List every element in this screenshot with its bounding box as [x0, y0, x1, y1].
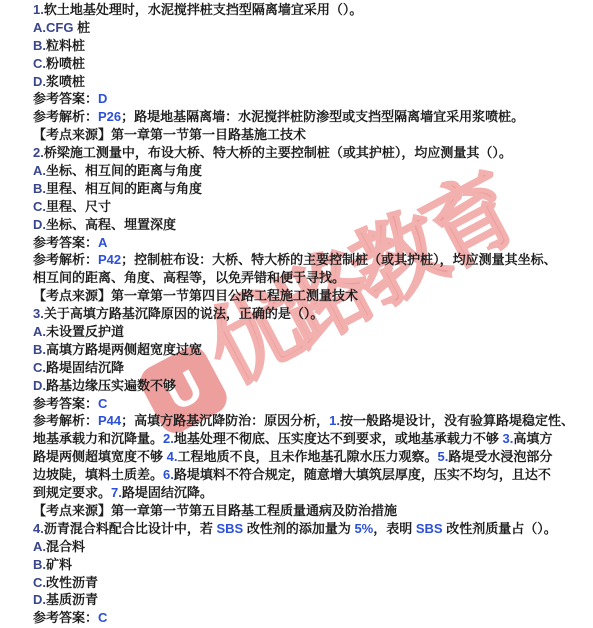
text-segment: 3.: [502, 431, 513, 446]
text-segment: 里程、尺寸: [46, 199, 111, 214]
text-segment: 关于高填方路基沉降原因的说法，正确的是（）。: [44, 306, 324, 321]
text-line: 2.桥梁施工测量中，布设大桥、特大桥的主要控制桩（或其护桩），均应测量其（）。: [33, 144, 593, 162]
text-segment: A.CFG: [33, 20, 77, 35]
text-line: 3.关于高填方路基沉降原因的说法，正确的是（）。: [33, 305, 593, 323]
text-segment: ，表明: [373, 521, 416, 536]
text-segment: ；高填方路基沉降防治：原因分析，: [121, 413, 329, 428]
text-segment: 到规定要求。: [33, 485, 111, 500]
text-segment: 6.: [163, 467, 174, 482]
text-segment: 路基边缘压实遍数不够: [46, 378, 176, 393]
text-line: 【考点来源】第一章第一节第一目路基施工技术: [33, 126, 593, 144]
text-line: 【考点来源】第一章第一节第五目路基工程质量通病及防治措施: [33, 502, 593, 520]
text-segment: C.: [33, 56, 46, 71]
text-line: 相互间的距离、角度、高程等，以免弄错和便于寻找。: [33, 269, 593, 287]
text-line: 边坡陡，填料土质差。6.路堤填料不符合规定，随意增大填筑层厚度，压实不均匀，且达…: [33, 466, 593, 484]
text-segment: A: [98, 235, 107, 250]
text-line: A.混合料: [33, 538, 593, 556]
text-segment: C.: [33, 199, 46, 214]
text-segment: 相互间的距离、角度、高程等，以免弄错和便于寻找。: [33, 270, 345, 285]
text-segment: 工程地质不良，且未作地基孔隙水压力观察。: [177, 449, 437, 464]
text-segment: 5%: [354, 521, 373, 536]
text-segment: 坐标、高程、埋置深度: [46, 217, 176, 232]
text-segment: 改性沥青: [46, 575, 98, 590]
text-segment: 坐标、相互间的距离与角度: [46, 163, 202, 178]
text-segment: P26: [98, 109, 121, 124]
text-line: C.粉喷桩: [33, 55, 593, 73]
text-line: D.路基边缘压实遍数不够: [33, 377, 593, 395]
text-segment: 4.: [167, 449, 178, 464]
text-line: D.浆喷桩: [33, 73, 593, 91]
text-segment: B.: [33, 181, 46, 196]
text-segment: D: [98, 91, 107, 106]
text-segment: 粉喷桩: [46, 56, 85, 71]
text-segment: C.: [33, 360, 46, 375]
text-segment: 参考解析：: [33, 252, 98, 267]
text-segment: P42: [98, 252, 121, 267]
text-segment: 路堤固结沉降: [46, 360, 124, 375]
text-line: 到规定要求。7.路堤固结沉降。: [33, 484, 593, 502]
text-segment: 地基处理不彻底、压实度达不到要求，或地基承载力不够: [174, 431, 503, 446]
text-segment: D.: [33, 592, 46, 607]
text-line: 参考答案：D: [33, 90, 593, 108]
text-segment: SBS: [216, 521, 243, 536]
text-segment: 桩: [77, 20, 90, 35]
text-segment: ；控制桩布设：大桥、特大桥的主要控制桩（或其护桩），均应测量其坐标、: [121, 252, 557, 267]
text-line: B.粒料桩: [33, 37, 593, 55]
text-segment: 地基承载力和沉降量。: [33, 431, 163, 446]
document-body: 1.软土地基处理时，水泥搅拌桩支挡型隔离墙宜采用（）。A.CFG 桩B.粒料桩C…: [33, 1, 593, 627]
text-line: 参考解析：P44；高填方路基沉降防治：原因分析，1.按一般路堤设计，没有验算路堤…: [33, 412, 593, 430]
text-segment: 参考解析：: [33, 413, 98, 428]
text-segment: 改性剂质量占（）。: [443, 521, 557, 536]
text-line: D.基质沥青: [33, 591, 593, 609]
text-line: C.改性沥青: [33, 574, 593, 592]
text-segment: 混合料: [46, 539, 85, 554]
text-segment: 参考答案：: [33, 610, 98, 625]
text-segment: 边坡陡，填料土质差。: [33, 467, 163, 482]
text-segment: 参考答案：: [33, 396, 98, 411]
text-segment: 3.: [33, 306, 44, 321]
text-segment: B.: [33, 557, 46, 572]
text-segment: 【考点来源】第一章第一节第一目路基施工技术: [33, 127, 306, 142]
text-line: D.坐标、高程、埋置深度: [33, 216, 593, 234]
text-line: 参考解析：P26；路堤地基隔离墙：水泥搅拌桩防渗型或支挡型隔离墙宜采用浆喷桩。: [33, 108, 593, 126]
text-segment: 2.: [163, 431, 174, 446]
text-line: 参考答案：C: [33, 609, 593, 627]
text-segment: 高填方路堤两侧超宽度过宽: [46, 342, 202, 357]
text-segment: 按一般路堤设计，没有验算路堤稳定性、: [340, 413, 574, 428]
text-segment: 路堤受水浸泡部分: [448, 449, 552, 464]
text-segment: 粒料桩: [46, 38, 85, 53]
text-line: B.里程、相互间的距离与角度: [33, 180, 593, 198]
text-segment: D.: [33, 217, 46, 232]
text-segment: 参考解析：: [33, 109, 98, 124]
text-segment: 沥青混合料配合比设计中，若: [44, 521, 217, 536]
text-segment: 矿料: [46, 557, 72, 572]
text-segment: C: [98, 610, 107, 625]
text-line: 参考答案：C: [33, 395, 593, 413]
text-segment: 路堤两侧超填宽度不够: [33, 449, 167, 464]
text-line: A.未设置反护道: [33, 323, 593, 341]
text-segment: 参考答案：: [33, 235, 98, 250]
text-segment: 【考点来源】第一章第一节第五目路基工程质量通病及防治措施: [33, 503, 397, 518]
text-segment: 改性剂的添加量为: [243, 521, 354, 536]
text-segment: 软土地基处理时，水泥搅拌桩支挡型隔离墙宜采用（）。: [44, 2, 363, 17]
text-line: A.坐标、相互间的距离与角度: [33, 162, 593, 180]
text-line: B.矿料: [33, 556, 593, 574]
text-segment: B.: [33, 38, 46, 53]
text-line: 路堤两侧超填宽度不够 4.工程地质不良，且未作地基孔隙水压力观察。5.路堤受水浸…: [33, 448, 593, 466]
text-line: 参考答案：A: [33, 234, 593, 252]
text-line: C.里程、尺寸: [33, 198, 593, 216]
text-segment: 未设置反护道: [46, 324, 124, 339]
text-line: B.高填方路堤两侧超宽度过宽: [33, 341, 593, 359]
text-line: 【考点来源】第一章第一节第四目公路工程施工测量技术: [33, 287, 593, 305]
text-segment: C.: [33, 575, 46, 590]
text-segment: 5.: [437, 449, 448, 464]
text-segment: D.: [33, 74, 46, 89]
text-segment: 1.: [33, 2, 44, 17]
text-segment: ；路堤地基隔离墙：水泥搅拌桩防渗型或支挡型隔离墙宜采用浆喷桩。: [121, 109, 524, 124]
text-segment: B.: [33, 342, 46, 357]
text-segment: A.: [33, 163, 46, 178]
text-segment: 参考答案：: [33, 91, 98, 106]
text-segment: 1.: [329, 413, 340, 428]
text-segment: D.: [33, 378, 46, 393]
text-segment: P44: [98, 413, 121, 428]
text-segment: 基质沥青: [46, 592, 98, 607]
text-line: 参考解析：P42；控制桩布设：大桥、特大桥的主要控制桩（或其护桩），均应测量其坐…: [33, 251, 593, 269]
text-segment: A.: [33, 539, 46, 554]
text-line: 4.沥青混合料配合比设计中，若 SBS 改性剂的添加量为 5%，表明 SBS 改…: [33, 520, 593, 538]
text-segment: A.: [33, 324, 46, 339]
text-segment: 7.: [111, 485, 122, 500]
text-segment: 路堤固结沉降。: [122, 485, 213, 500]
text-segment: 浆喷桩: [46, 74, 85, 89]
text-segment: 里程、相互间的距离与角度: [46, 181, 202, 196]
text-segment: 路堤填料不符合规定，随意增大填筑层厚度，压实不均匀，且达不: [174, 467, 551, 482]
text-line: C.路堤固结沉降: [33, 359, 593, 377]
text-segment: 2.: [33, 145, 44, 160]
text-segment: 桥梁施工测量中，布设大桥、特大桥的主要控制桩（或其护桩），均应测量其（）。: [44, 145, 512, 160]
text-segment: SBS: [416, 521, 443, 536]
text-segment: 【考点来源】第一章第一节第四目公路工程施工测量技术: [33, 288, 358, 303]
text-segment: 高填方: [513, 431, 552, 446]
text-line: A.CFG 桩: [33, 19, 593, 37]
text-line: 地基承载力和沉降量。2.地基处理不彻底、压实度达不到要求，或地基承载力不够 3.…: [33, 430, 593, 448]
text-segment: 4.: [33, 521, 44, 536]
text-line: 1.软土地基处理时，水泥搅拌桩支挡型隔离墙宜采用（）。: [33, 1, 593, 19]
text-segment: C: [98, 396, 107, 411]
